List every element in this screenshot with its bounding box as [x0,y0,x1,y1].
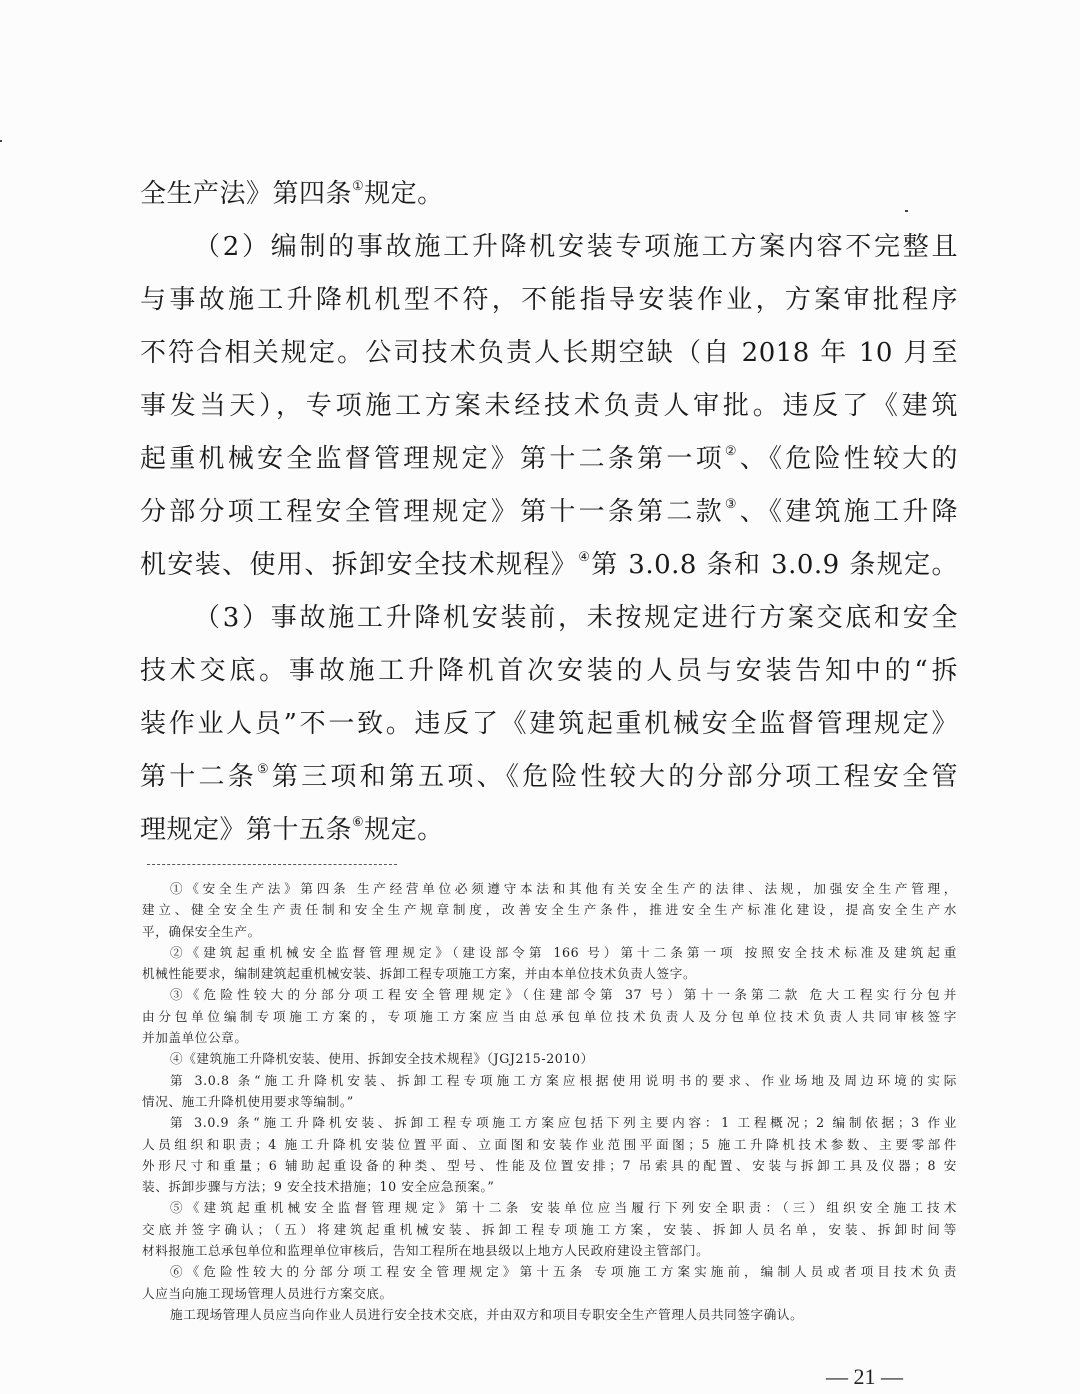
body-line: （2）编制的事故施工升降机安装专项施工方案内容不完整且 [140,221,958,274]
footnote-ref: ② [725,444,740,459]
footnote-ref: ⑤ [257,762,272,777]
body-line: 事发当天），专项施工方案未经技术负责人审批。违反了《建筑 [140,380,958,433]
footnote-line: ②《建筑起重机械安全监督管理规定》（建设部令第 166 号）第十二条第一项 按照… [142,942,957,963]
body-line: 理规定》第十五条⑥规定。 [140,804,958,857]
footnote-separator [147,864,397,865]
body-line: 分部分项工程安全管理规定》第十一条第二款③、《建筑施工升降 [140,486,958,539]
body-line: 不符合相关规定。公司技术负责人长期空缺（自 2018 年 10 月至 [140,327,958,380]
footnote-line: 外形尺寸和重量；6 辅助起重设备的种类、型号、性能及位置安排；7 吊索具的配置、… [142,1155,957,1176]
footnote-line: 平，确保安全生产。 [142,921,957,942]
footnote-line: ①《安全生产法》第四条 生产经营单位必须遵守本法和其他有关安全生产的法律、法规，… [142,878,957,899]
footnote-line: 机械性能要求，编制建筑起重机械安装、拆卸工程专项施工方案，并由本单位技术负责人签… [142,963,957,984]
footnote-ref: ④ [578,550,591,565]
footnote-line: 第 3.0.8 条“施工升降机安装、拆卸工程专项施工方案应根据使用说明书的要求、… [142,1070,957,1091]
body-line: 与事故施工升降机机型不符，不能指导安装作业，方案审批程序 [140,274,958,327]
footnote-line: 交底并签字确认；（五）将建筑起重机械安装、拆卸工程专项施工方案，安装、拆卸人员名… [142,1219,957,1240]
footnote-line: 建立、健全安全生产责任制和安全生产规章制度，改善安全生产条件，推进安全生产标准化… [142,899,957,920]
body-line: （3）事故施工升降机安装前，未按规定进行方案交底和安全 [140,592,958,645]
footnote-line: 材料报施工总承包单位和监理单位审核后，告知工程所在地县级以上地方人民政府建设主管… [142,1240,957,1261]
footnote-line: 人应当向施工现场管理人员进行方案交底。 [142,1283,957,1304]
footnote-line: 人员组织和职责；4 施工升降机安装位置平面、立面图和安装作业范围平面图；5 施工… [142,1134,957,1155]
body-line: 装作业人员”不一致。违反了《建筑起重机械安全监督管理规定》 [140,698,958,751]
footnote-line: 第 3.0.9 条“施工升降机安装、拆卸工程专项施工方案应包括下列主要内容：1 … [142,1112,957,1133]
footnote-ref: ① [352,179,364,194]
body-line: 机安装、使用、拆卸安全技术规程》④第 3.0.8 条和 3.0.9 条规定。 [140,539,958,592]
footnote-ref: ⑥ [352,815,364,830]
footnotes: ①《安全生产法》第四条 生产经营单位必须遵守本法和其他有关安全生产的法律、法规，… [142,878,957,1325]
body-text: 全生产法》第四条①规定。 （2）编制的事故施工升降机安装专项施工方案内容不完整且… [140,168,958,857]
footnote-line: 由分包单位编制专项施工方案的，专项施工方案应当由总承包单位技术负责人及分包单位技… [142,1006,957,1027]
footnote-line: 并加盖单位公章。 [142,1027,957,1048]
footnote-line: 装、拆卸步骤与方法；9 安全技术措施；10 安全应急预案。” [142,1176,957,1197]
page-number: — 21 — [826,1364,936,1390]
footnote-line: ④《建筑施工升降机安装、使用、拆卸安全技术规程》（JGJ215-2010） [142,1048,957,1069]
footnote-line: 情况、施工升降机使用要求等编制。” [142,1091,957,1112]
document-page: 全生产法》第四条①规定。 （2）编制的事故施工升降机安装专项施工方案内容不完整且… [0,0,1080,1394]
footnote-line: ⑥《危险性较大的分部分项工程安全管理规定》第十五条 专项施工方案实施前，编制人员… [142,1261,957,1282]
body-line: 全生产法》第四条①规定。 [140,168,958,221]
footnote-line: 施工现场管理人员应当向作业人员进行安全技术交底，并由双方和项目专职安全生产管理人… [142,1304,957,1325]
footnote-ref: ③ [725,497,740,512]
footnote-line: ③《危险性较大的分部分项工程安全管理规定》（住建部令第 37 号）第十一条第二款… [142,984,957,1005]
scan-artifact [0,140,2,142]
body-line: 起重机械安全监督管理规定》第十二条第一项②、《危险性较大的 [140,433,958,486]
footnote-line: ⑤《建筑起重机械安全监督管理规定》第十二条 安装单位应当履行下列安全职责：（三）… [142,1197,957,1218]
body-line: 第十二条⑤第三项和第五项、《危险性较大的分部分项工程安全管 [140,751,958,804]
body-line: 技术交底。事故施工升降机首次安装的人员与安装告知中的“拆 [140,645,958,698]
